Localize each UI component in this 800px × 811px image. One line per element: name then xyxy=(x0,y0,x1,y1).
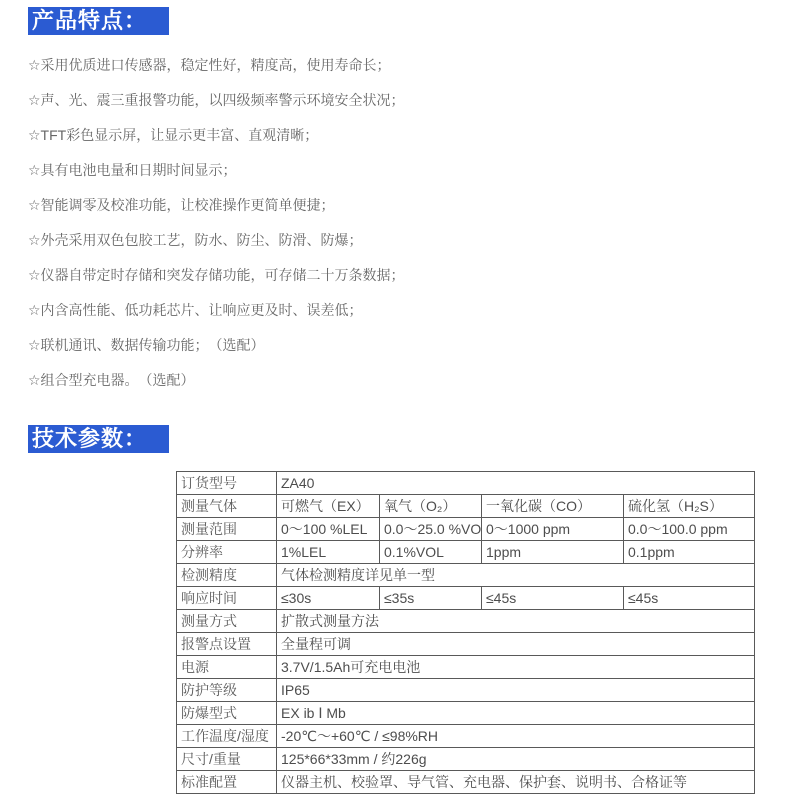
feature-item: ☆声、光、震三重报警功能，以四级频率警示环境安全状况； xyxy=(28,93,800,107)
spec-value-cell: 1ppm xyxy=(482,541,624,564)
feature-item: ☆组合型充电器。 （选配） xyxy=(28,373,800,387)
table-row-size-weight: 尺寸/重量 125*66*33mm / 约226g xyxy=(177,748,755,771)
spec-value-cell: EX ib Ⅰ Mb xyxy=(277,702,755,725)
spec-value-cell: 0.0～100.0 ppm xyxy=(624,518,755,541)
specs-table: 订货型号 ZA40 测量气体 可燃气（EX） 氧气（O₂） 一氧化碳（CO） 硫… xyxy=(176,471,755,794)
table-row-gases: 测量气体 可燃气（EX） 氧气（O₂） 一氧化碳（CO） 硫化氢（H₂S） xyxy=(177,495,755,518)
specs-section-heading: 技术参数： xyxy=(28,425,169,453)
product-page: 产品特点： ☆采用优质进口传感器，稳定性好，精度高，使用寿命长； ☆声、光、震三… xyxy=(0,0,800,811)
feature-item: ☆具有电池电量和日期时间显示； xyxy=(28,163,800,177)
spec-label-cell: 响应时间 xyxy=(177,587,277,610)
feature-item: ☆联机通讯、数据传输功能； （选配） xyxy=(28,338,800,352)
spec-value-cell: 3.7V/1.5Ah可充电电池 xyxy=(277,656,755,679)
spec-value-cell: 0～1000 ppm xyxy=(482,518,624,541)
spec-value-cell: 可燃气（EX） xyxy=(277,495,380,518)
spec-value-cell: IP65 xyxy=(277,679,755,702)
spec-value-cell: 125*66*33mm / 约226g xyxy=(277,748,755,771)
spec-value-cell: 0.1ppm xyxy=(624,541,755,564)
spec-value-cell: 1%LEL xyxy=(277,541,380,564)
features-list: ☆采用优质进口传感器，稳定性好，精度高，使用寿命长； ☆声、光、震三重报警功能，… xyxy=(28,58,800,387)
table-row-accuracy: 检测精度 气体检测精度详见单一型 xyxy=(177,564,755,587)
spec-label-cell: 工作温度/湿度 xyxy=(177,725,277,748)
table-row-standard-config: 标准配置 仪器主机、校验罩、导气管、充电器、保护套、说明书、合格证等 xyxy=(177,771,755,794)
spec-label-cell: 测量范围 xyxy=(177,518,277,541)
specs-table-wrap: 订货型号 ZA40 测量气体 可燃气（EX） 氧气（O₂） 一氧化碳（CO） 硫… xyxy=(176,471,800,794)
feature-item: ☆采用优质进口传感器，稳定性好，精度高，使用寿命长； xyxy=(28,58,800,72)
spec-value-cell: 扩散式测量方法 xyxy=(277,610,755,633)
spec-value-cell: 全量程可调 xyxy=(277,633,755,656)
spec-value-cell: 0.1%VOL xyxy=(380,541,482,564)
table-row-resolution: 分辨率 1%LEL 0.1%VOL 1ppm 0.1ppm xyxy=(177,541,755,564)
feature-item: ☆仪器自带定时存储和突发存储功能，可存储二十万条数据； xyxy=(28,268,800,282)
table-row-protection: 防护等级 IP65 xyxy=(177,679,755,702)
spec-label-cell: 防爆型式 xyxy=(177,702,277,725)
spec-label-cell: 检测精度 xyxy=(177,564,277,587)
feature-item: ☆外壳采用双色包胶工艺，防水、防尘、防滑、防爆； xyxy=(28,233,800,247)
spec-value-cell: ≤35s xyxy=(380,587,482,610)
spec-label-cell: 订货型号 xyxy=(177,472,277,495)
spec-value-cell: 0.0～25.0 %VOL xyxy=(380,518,482,541)
spec-value-cell: ≤45s xyxy=(624,587,755,610)
spec-value-cell: 氧气（O₂） xyxy=(380,495,482,518)
spec-value-cell: 硫化氢（H₂S） xyxy=(624,495,755,518)
spec-label-cell: 电源 xyxy=(177,656,277,679)
spec-value-cell: -20℃～+60℃ / ≤98%RH xyxy=(277,725,755,748)
spec-value-cell: 0～100 %LEL xyxy=(277,518,380,541)
spec-value-cell: 仪器主机、校验罩、导气管、充电器、保护套、说明书、合格证等 xyxy=(277,771,755,794)
spec-value-cell: ≤30s xyxy=(277,587,380,610)
spec-value-cell: ≤45s xyxy=(482,587,624,610)
table-row-order-model: 订货型号 ZA40 xyxy=(177,472,755,495)
table-row-explosion-proof: 防爆型式 EX ib Ⅰ Mb xyxy=(177,702,755,725)
table-row-alarm: 报警点设置 全量程可调 xyxy=(177,633,755,656)
table-row-ranges: 测量范围 0～100 %LEL 0.0～25.0 %VOL 0～1000 ppm… xyxy=(177,518,755,541)
spec-value-cell: 一氧化碳（CO） xyxy=(482,495,624,518)
spec-label-cell: 防护等级 xyxy=(177,679,277,702)
spec-value-cell: ZA40 xyxy=(277,472,755,495)
spec-label-cell: 标准配置 xyxy=(177,771,277,794)
spec-label-cell: 分辨率 xyxy=(177,541,277,564)
table-row-response-time: 响应时间 ≤30s ≤35s ≤45s ≤45s xyxy=(177,587,755,610)
feature-item: ☆内含高性能、低功耗芯片、让响应更及时、误差低； xyxy=(28,303,800,317)
table-row-method: 测量方式 扩散式测量方法 xyxy=(177,610,755,633)
spec-label-cell: 测量方式 xyxy=(177,610,277,633)
spec-label-cell: 尺寸/重量 xyxy=(177,748,277,771)
spec-value-cell: 气体检测精度详见单一型 xyxy=(277,564,755,587)
features-section-heading: 产品特点： xyxy=(28,7,169,35)
table-row-temp-humidity: 工作温度/湿度 -20℃～+60℃ / ≤98%RH xyxy=(177,725,755,748)
spec-label-cell: 测量气体 xyxy=(177,495,277,518)
feature-item: ☆TFT彩色显示屏，让显示更丰富、直观清晰； xyxy=(28,128,800,142)
table-row-power: 电源 3.7V/1.5Ah可充电电池 xyxy=(177,656,755,679)
feature-item: ☆智能调零及校准功能，让校准操作更简单便捷； xyxy=(28,198,800,212)
spec-label-cell: 报警点设置 xyxy=(177,633,277,656)
